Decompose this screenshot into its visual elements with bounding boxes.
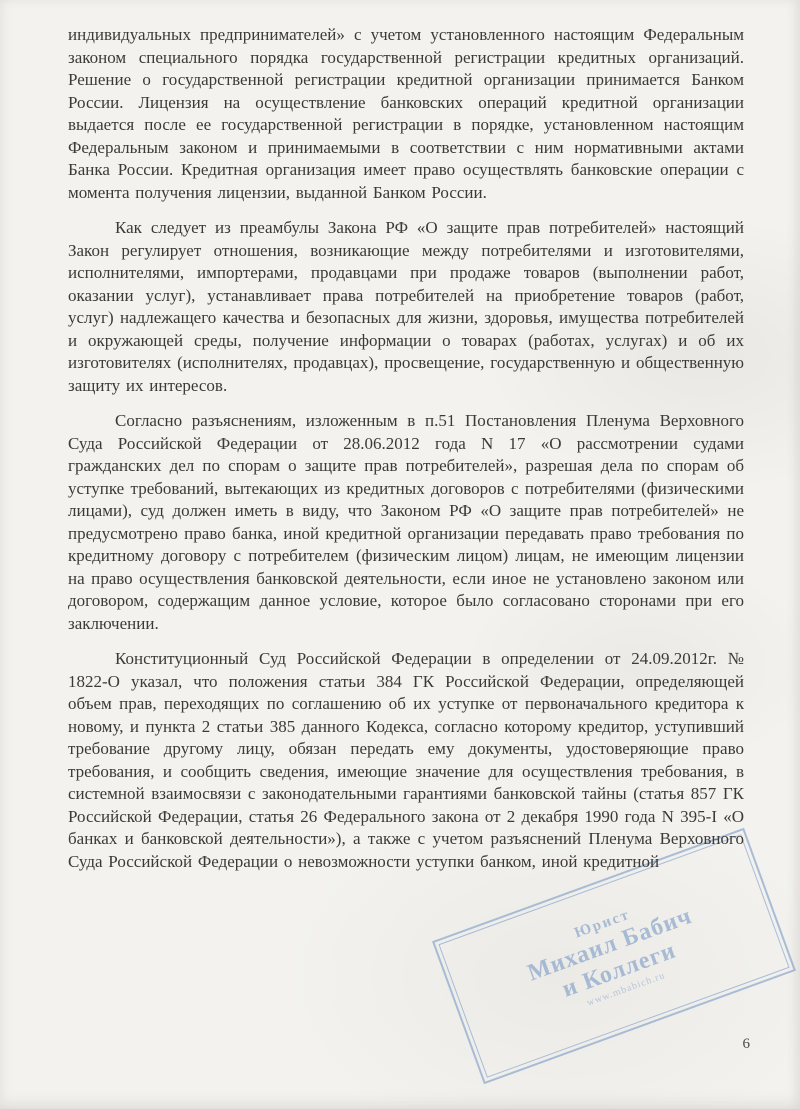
paragraph: Конституционный Суд Российской Федерации…	[68, 648, 744, 873]
document-page: Юрист Михаил Бабич и Коллеги www.mbabich…	[0, 0, 800, 1109]
paragraph: индивидуальных предпринимателей» с учето…	[68, 24, 744, 204]
page-number: 6	[743, 1036, 751, 1053]
document-body-text: индивидуальных предпринимателей» с учето…	[68, 24, 744, 886]
paragraph: Как следует из преамбулы Закона РФ «О за…	[68, 217, 744, 397]
paragraph: Согласно разъяснениям, изложенным в п.51…	[68, 410, 744, 635]
